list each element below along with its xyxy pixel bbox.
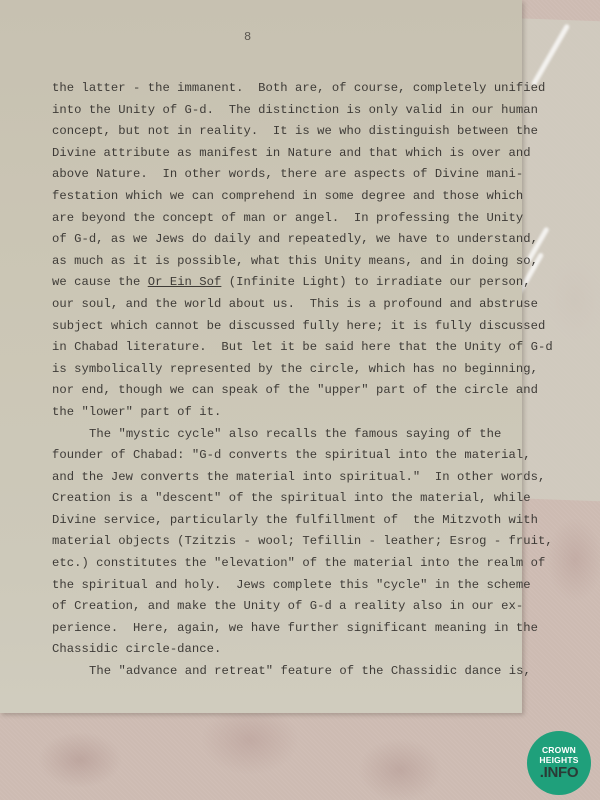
crownheights-info-logo: CROWN HEIGHTS .INFO bbox=[527, 731, 591, 795]
typewritten-page: 8 the latter - the immanent. Both are, o… bbox=[0, 0, 522, 713]
text-line: perience. Here, again, we have further s… bbox=[52, 618, 532, 640]
logo-line-1: CROWN bbox=[542, 746, 576, 755]
text-line: into the Unity of G-d. The distinction i… bbox=[52, 100, 532, 122]
logo-line-2: HEIGHTS bbox=[539, 756, 578, 765]
text-line: above Nature. In other words, there are … bbox=[52, 164, 532, 186]
text-line: the "lower" part of it. bbox=[52, 402, 532, 424]
text-line: in Chabad literature. But let it be said… bbox=[52, 337, 532, 359]
logo-line-3: .INFO bbox=[540, 765, 579, 780]
text-line: and the Jew converts the material into s… bbox=[52, 467, 532, 489]
text-line: The "mystic cycle" also recalls the famo… bbox=[52, 424, 532, 446]
text-line: as much as it is possible, what this Uni… bbox=[52, 251, 532, 273]
text-line: is symbolically represented by the circl… bbox=[52, 359, 532, 381]
text-line: festation which we can comprehend in som… bbox=[52, 186, 532, 208]
text-line: are beyond the concept of man or angel. … bbox=[52, 208, 532, 230]
text-line: Chassidic circle-dance. bbox=[52, 639, 532, 661]
text-segment: we cause the bbox=[52, 275, 148, 289]
text-line: subject which cannot be discussed fully … bbox=[52, 316, 532, 338]
underlined-term: Or Ein Sof bbox=[148, 275, 222, 289]
text-line: etc.) constitutes the "elevation" of the… bbox=[52, 553, 532, 575]
text-line: we cause the Or Ein Sof (Infinite Light)… bbox=[52, 272, 532, 294]
text-line: Creation is a "descent" of the spiritual… bbox=[52, 488, 532, 510]
text-segment: (Infinite Light) to irradiate our person… bbox=[221, 275, 530, 289]
text-line: nor end, though we can speak of the "upp… bbox=[52, 380, 532, 402]
body-text: the latter - the immanent. Both are, of … bbox=[52, 78, 532, 683]
text-line: Divine attribute as manifest in Nature a… bbox=[52, 143, 532, 165]
text-line: concept, but not in reality. It is we wh… bbox=[52, 121, 532, 143]
text-line: the latter - the immanent. Both are, of … bbox=[52, 78, 532, 100]
text-line: founder of Chabad: "G-d converts the spi… bbox=[52, 445, 532, 467]
text-line: The "advance and retreat" feature of the… bbox=[52, 661, 532, 683]
text-line: material objects (Tzitzis - wool; Tefill… bbox=[52, 531, 532, 553]
text-line: of Creation, and make the Unity of G-d a… bbox=[52, 596, 532, 618]
text-line: Divine service, particularly the fulfill… bbox=[52, 510, 532, 532]
text-line: the spiritual and holy. Jews complete th… bbox=[52, 575, 532, 597]
page-number: 8 bbox=[244, 30, 251, 44]
text-line: of G-d, as we Jews do daily and repeated… bbox=[52, 229, 532, 251]
text-line: our soul, and the world about us. This i… bbox=[52, 294, 532, 316]
